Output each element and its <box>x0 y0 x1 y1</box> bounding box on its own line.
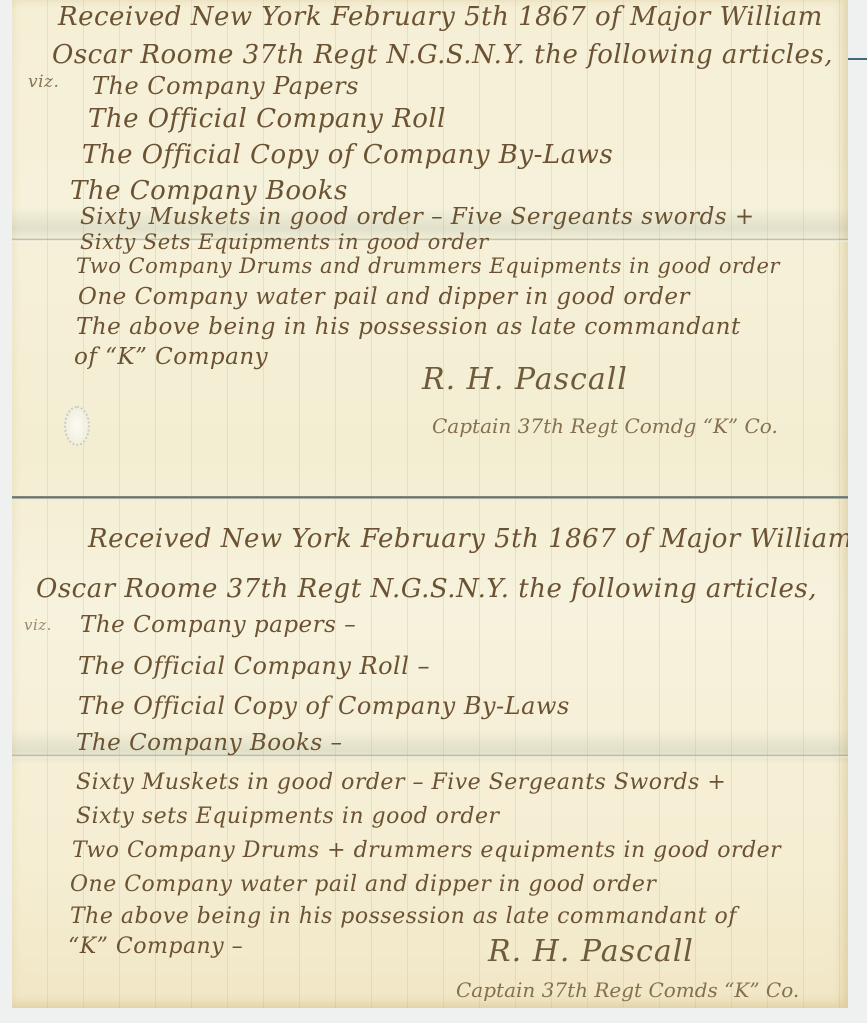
receipt-line: The Company papers – <box>80 612 356 638</box>
receipt-line: The above being in his possession as lat… <box>70 904 737 929</box>
receipt-line: The above being in his possession as lat… <box>76 314 741 340</box>
paper-sheet: Received New York February 5th 1867 of M… <box>12 0 848 1008</box>
receipt-line: The Company Papers <box>92 72 359 100</box>
receipt-line: Two Company Drums + drummers equipments … <box>72 838 781 863</box>
sheet-seam <box>12 496 848 499</box>
scanned-document: Received New York February 5th 1867 of M… <box>0 0 867 1023</box>
receipt-line: of “K” Company <box>74 344 268 370</box>
receipt-line: The Official Copy of Company By-Laws <box>82 140 613 170</box>
signature-name: R. H. Pascall <box>488 934 694 969</box>
receipt-line: One Company water pail and dipper in goo… <box>78 284 690 310</box>
receipt-line: Sixty Sets Equipments in good order <box>80 230 489 254</box>
receipt-line: One Company water pail and dipper in goo… <box>70 872 656 897</box>
receipt-line: Oscar Roome 37th Regt N.G.S.N.Y. the fol… <box>52 40 833 70</box>
signature-title: Captain 37th Regt Comds “K” Co. <box>456 978 799 1002</box>
embossed-seal <box>64 406 90 446</box>
receipt-line: Received New York February 5th 1867 of M… <box>88 524 848 554</box>
receipt-line: Two Company Drums and drummers Equipment… <box>76 254 780 278</box>
receipt-line: The Company Books – <box>76 730 343 756</box>
receipt-line: The Official Company Roll <box>88 104 446 134</box>
receipt-line: Sixty Muskets in good order – Five Serge… <box>80 204 755 230</box>
receipt-line: Oscar Roome 37th Regt N.G.S.N.Y. the fol… <box>36 574 817 604</box>
receipt-line: “K” Company – <box>68 934 243 959</box>
receipt-line: The Official Company Roll – <box>78 652 430 680</box>
page-edge <box>848 58 867 60</box>
receipt-line: viz. <box>28 72 59 92</box>
receipt-line: Sixty Muskets in good order – Five Serge… <box>76 770 726 795</box>
receipt-line: The Official Copy of Company By-Laws <box>78 692 570 720</box>
signature-name: R. H. Pascall <box>422 362 628 397</box>
receipt-line: viz. <box>24 616 52 634</box>
signature-title: Captain 37th Regt Comdg “K” Co. <box>432 414 778 438</box>
receipt-line: Received New York February 5th 1867 of M… <box>58 2 823 32</box>
receipt-line: The Company Books <box>70 176 348 206</box>
receipt-line: Sixty sets Equipments in good order <box>76 804 500 829</box>
